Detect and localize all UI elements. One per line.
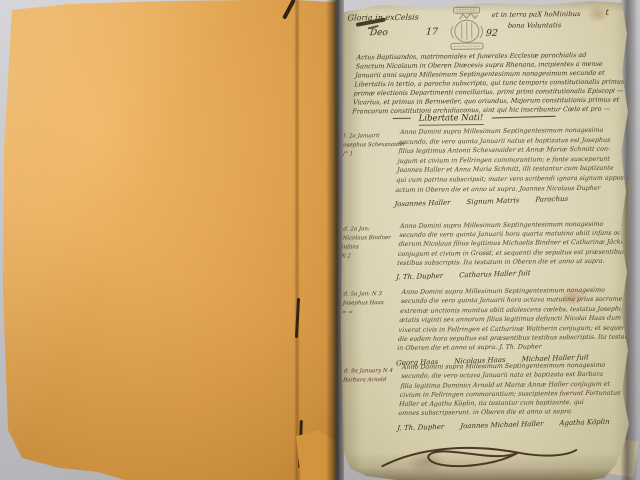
pax-text-line1: et in terra paX hoMinibus bbox=[491, 10, 581, 19]
handwritten-line: Nicolaus Bindner bbox=[342, 234, 397, 244]
handwritten-line: J. Th. Dupher bbox=[396, 272, 444, 283]
preamble-paragraph: Actus Baptisandos, matrimoniales et fune… bbox=[352, 51, 615, 117]
register-entry-2: d. 2a Jan:Nicolaus BindnerinfansN 2 Anno… bbox=[336, 219, 636, 222]
register-entry-3: d. 5a Jan: N 3Josephus Haas= = Anno Domi… bbox=[337, 285, 637, 288]
page-header: Gloria in exCelsis Deo 17 92 et in terra… bbox=[333, 0, 635, 2]
entry-body: Anno Domini supra Millesimum Septingente… bbox=[397, 361, 630, 432]
entry-body: Anno Domini supra Millesimum Septingente… bbox=[396, 220, 628, 281]
manuscript-page: Gloria in exCelsis Deo 17 92 et in terra… bbox=[336, 0, 638, 480]
gloria-text-line1: Gloria in exCelsis bbox=[347, 13, 419, 23]
signature-row: Josannes HallerSignum MatrisParochus bbox=[394, 193, 623, 210]
pen-flourish-icon bbox=[378, 440, 598, 472]
handwritten-line: N 2 bbox=[340, 252, 395, 262]
cover-tear-left bbox=[0, 37, 6, 52]
entry-text: Anno Domini supra Millesimum Septingente… bbox=[397, 220, 629, 268]
cover-fold-crease bbox=[294, 0, 300, 480]
entry-text: Anno Domini supra Millesimum Septingente… bbox=[395, 126, 628, 196]
book-cover bbox=[0, 0, 338, 480]
handwritten-line: omnes subscripserunt. in Oberen die et a… bbox=[398, 407, 627, 419]
heading-text: Libertate Nati! bbox=[419, 113, 484, 126]
register-entry-1: d. 2a JanuariiJosephus SchexsnaiderN° 1 … bbox=[335, 125, 635, 128]
entry-body: Anno Domini supra Millesimum Septingente… bbox=[396, 286, 630, 367]
handwritten-line: Signum Matris bbox=[466, 197, 519, 208]
signature-row: J. Th. DupherCatharus Haller fuit bbox=[396, 266, 625, 282]
scanned-register-photo: { "scan": { "background_color": "#b8b8bc… bbox=[0, 0, 640, 480]
handwritten-line: Joannes Michael Haller bbox=[460, 420, 544, 432]
entry-text: Anno Domini supra Millesimum Septingente… bbox=[397, 286, 630, 354]
cover-sheen bbox=[0, 0, 338, 480]
margin-note: d. 9a January N 4Barbara Arnold bbox=[343, 367, 399, 386]
handwritten-line: = = bbox=[341, 308, 396, 318]
margin-note: d. 2a JanuariiJosephus SchexsnaiderN° 1 bbox=[340, 132, 397, 160]
heading-dash bbox=[491, 116, 555, 119]
handwritten-line: d. 9a January N 4 bbox=[343, 367, 398, 377]
entry-body: Anno Domini supra Millesimum Septingente… bbox=[394, 126, 628, 208]
section-heading: Libertate Nati! bbox=[393, 112, 556, 124]
heading-dash bbox=[393, 118, 411, 119]
royal-crest-stamp-icon bbox=[444, 6, 490, 50]
handwritten-line: J. Th. Dupher bbox=[397, 423, 445, 434]
handwritten-line: Josephus Schexsnaider bbox=[341, 141, 396, 151]
handwritten-line: Catharus Haller fuit bbox=[459, 269, 531, 280]
handwritten-line: in Oberen die et anno ut supra. J. Th. D… bbox=[397, 342, 626, 354]
handwritten-line: N° 1 bbox=[340, 150, 395, 160]
handwritten-line: Josannes Haller bbox=[394, 199, 451, 210]
corner-ink-mark: t bbox=[606, 8, 609, 17]
entry-text: Anno Domini supra Millesimum Septingente… bbox=[398, 361, 630, 419]
handwritten-line: Agatha Köplin bbox=[559, 417, 610, 428]
page-content: Gloria in exCelsis Deo 17 92 et in terra… bbox=[333, 0, 640, 480]
handwritten-line: Parochus bbox=[535, 195, 568, 206]
spine-shadow bbox=[326, 0, 344, 480]
year-left: 17 bbox=[425, 26, 438, 37]
gloria-text-line2: Deo bbox=[369, 28, 388, 38]
margin-note: d. 2a Jan:Nicolaus BindnerinfansN 2 bbox=[340, 225, 397, 262]
handwritten-line: Barbara Arnold bbox=[343, 376, 398, 386]
margin-note: d. 5a Jan: N 3Josephus Haas= = bbox=[341, 290, 398, 318]
pax-text-line2: bona Voluntatis bbox=[507, 21, 561, 30]
signature-row: J. Th. DupherJoannes Michael HallerAgath… bbox=[397, 417, 626, 433]
